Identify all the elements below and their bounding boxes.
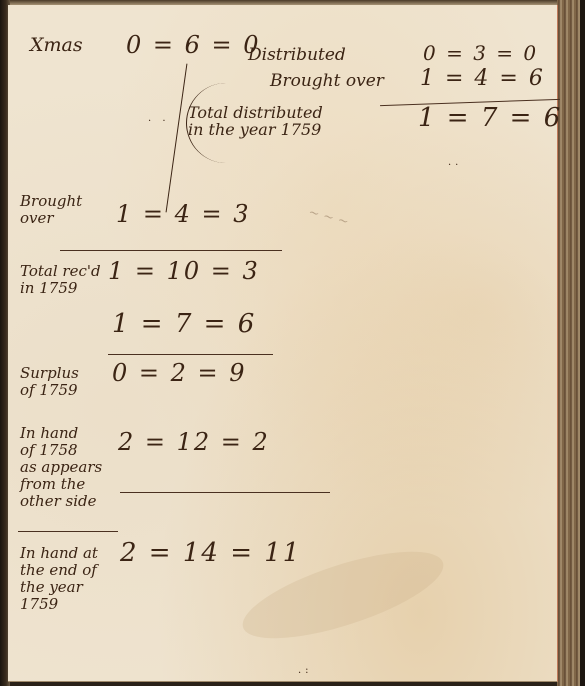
surplus-value: 0 = 2 = 9 xyxy=(112,361,247,385)
label-underline xyxy=(18,531,118,532)
total-received-value: 1 = 10 = 3 xyxy=(108,259,260,283)
brought-over-top-value: 1 = 4 = 6 xyxy=(420,68,545,90)
ink-dots: .: xyxy=(298,665,313,676)
in-hand-1758-value: 2 = 12 = 2 xyxy=(118,430,270,454)
surplus-label: Surplus of 1759 xyxy=(20,365,79,399)
total-distributed-label: Total distributed in the year 1759 xyxy=(188,104,323,138)
less-distributed-value: 1 = 7 = 6 xyxy=(112,311,256,337)
in-hand-1758-label: In hand of 1758 as appears from the othe… xyxy=(20,425,102,510)
total-distributed-value: 1 = 7 = 6 xyxy=(418,105,562,131)
xmas-label: Xmas xyxy=(30,37,83,54)
ink-dots: .. xyxy=(448,157,462,168)
distributed-value: 0 = 3 = 0 xyxy=(423,43,538,63)
brought-over-label: Brought over xyxy=(20,193,82,227)
xmas-value: 0 = 6 = 0 xyxy=(126,33,261,57)
ink-dots: . . xyxy=(148,113,170,124)
total-received-label: Total rec'd in 1759 xyxy=(20,263,101,297)
distributed-label: Distributed xyxy=(248,47,346,64)
sum-rule xyxy=(60,250,282,251)
subtraction-rule xyxy=(108,354,273,355)
brought-over-value: 1 = 4 = 3 xyxy=(116,202,251,226)
brought-over-top-label: Brought over xyxy=(270,73,384,90)
connector-line xyxy=(166,64,188,213)
in-hand-end-label: In hand at the end of the year 1759 xyxy=(20,545,98,613)
sum-rule-bottom xyxy=(120,492,330,493)
ledger-page: Xmas 0 = 6 = 0 Distributed 0 = 3 = 0 Bro… xyxy=(8,5,558,682)
bleed-through-text: ~ ~ ~ xyxy=(307,205,350,230)
in-hand-end-value: 2 = 14 = 11 xyxy=(120,540,301,566)
